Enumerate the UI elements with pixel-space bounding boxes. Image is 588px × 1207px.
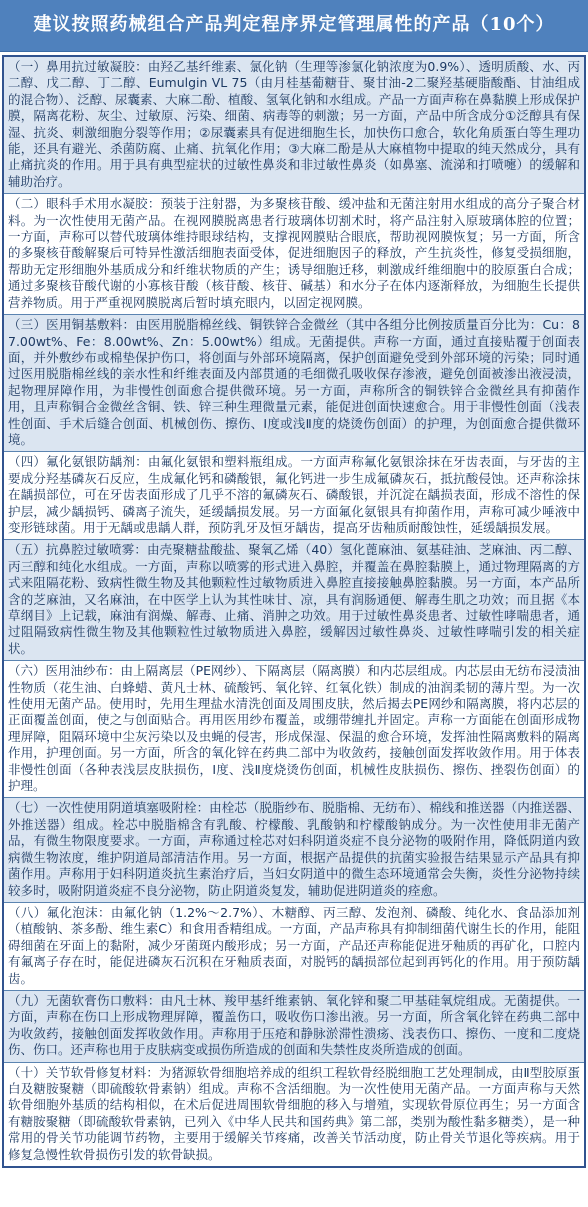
product-paragraph-10: （十）关节软骨修复材料：为猪源软骨细胞培养成的组织工程软骨经脱细胞工艺处理制成，… — [4, 1062, 584, 1166]
product-paragraph-2: （二）眼科手术用水凝胶：预装于注射器，为多聚核苷酸、缓冲盐和无菌注射用水组成的高… — [4, 193, 584, 314]
product-paragraph-8: （八）氟化泡沫：由氟化钠（1.2%～2.7%）、木糖醇、丙三醇、发泡剂、磷酸、纯… — [4, 902, 584, 990]
product-paragraph-9: （九）无菌软膏伤口敷料：由凡士林、羧甲基纤维素钠、氧化锌和聚二甲基硅氧烷组成。无… — [4, 990, 584, 1062]
product-paragraph-3: （三）医用铜基敷料：由医用脱脂棉丝线、铜铁锌合金微丝（其中各组分比例按质量百分比… — [4, 314, 584, 451]
product-paragraph-7: （七）一次性使用阴道填塞吸附栓：由栓芯（脱脂纱布、脱脂棉、无纺布）、棉线和推送器… — [4, 797, 584, 901]
product-table: （一）鼻用抗过敏凝胶：由羟乙基纤维素、氯化钠（生理等渗氯化钠浓度为0.9%）、透… — [2, 55, 586, 1168]
product-paragraph-5: （五）抗鼻腔过敏喷雾：由壳聚糖盐酸盐、聚氧乙烯（40）氢化蓖麻油、氨基硅油、芝麻… — [4, 539, 584, 660]
product-paragraph-6: （六）医用油纱布：由上隔离层（PE网纱）、下隔离层（隔离膜）和内芯层组成。内芯层… — [4, 660, 584, 797]
document-title: 建议按照药械组合产品判定程序界定管理属性的产品（10个） — [33, 13, 554, 37]
product-paragraph-1: （一）鼻用抗过敏凝胶：由羟乙基纤维素、氯化钠（生理等渗氯化钠浓度为0.9%）、透… — [4, 57, 584, 193]
product-paragraph-4: （四）氟化氨银防龋剂：由氟化氨银和塑料瓶组成。一方面声称氟化氨银涂抹在牙齿表面，… — [4, 451, 584, 539]
document-header: 建议按照药械组合产品判定程序界定管理属性的产品（10个） — [0, 0, 588, 52]
document-page: 建议按照药械组合产品判定程序界定管理属性的产品（10个） （一）鼻用抗过敏凝胶：… — [0, 0, 588, 1168]
